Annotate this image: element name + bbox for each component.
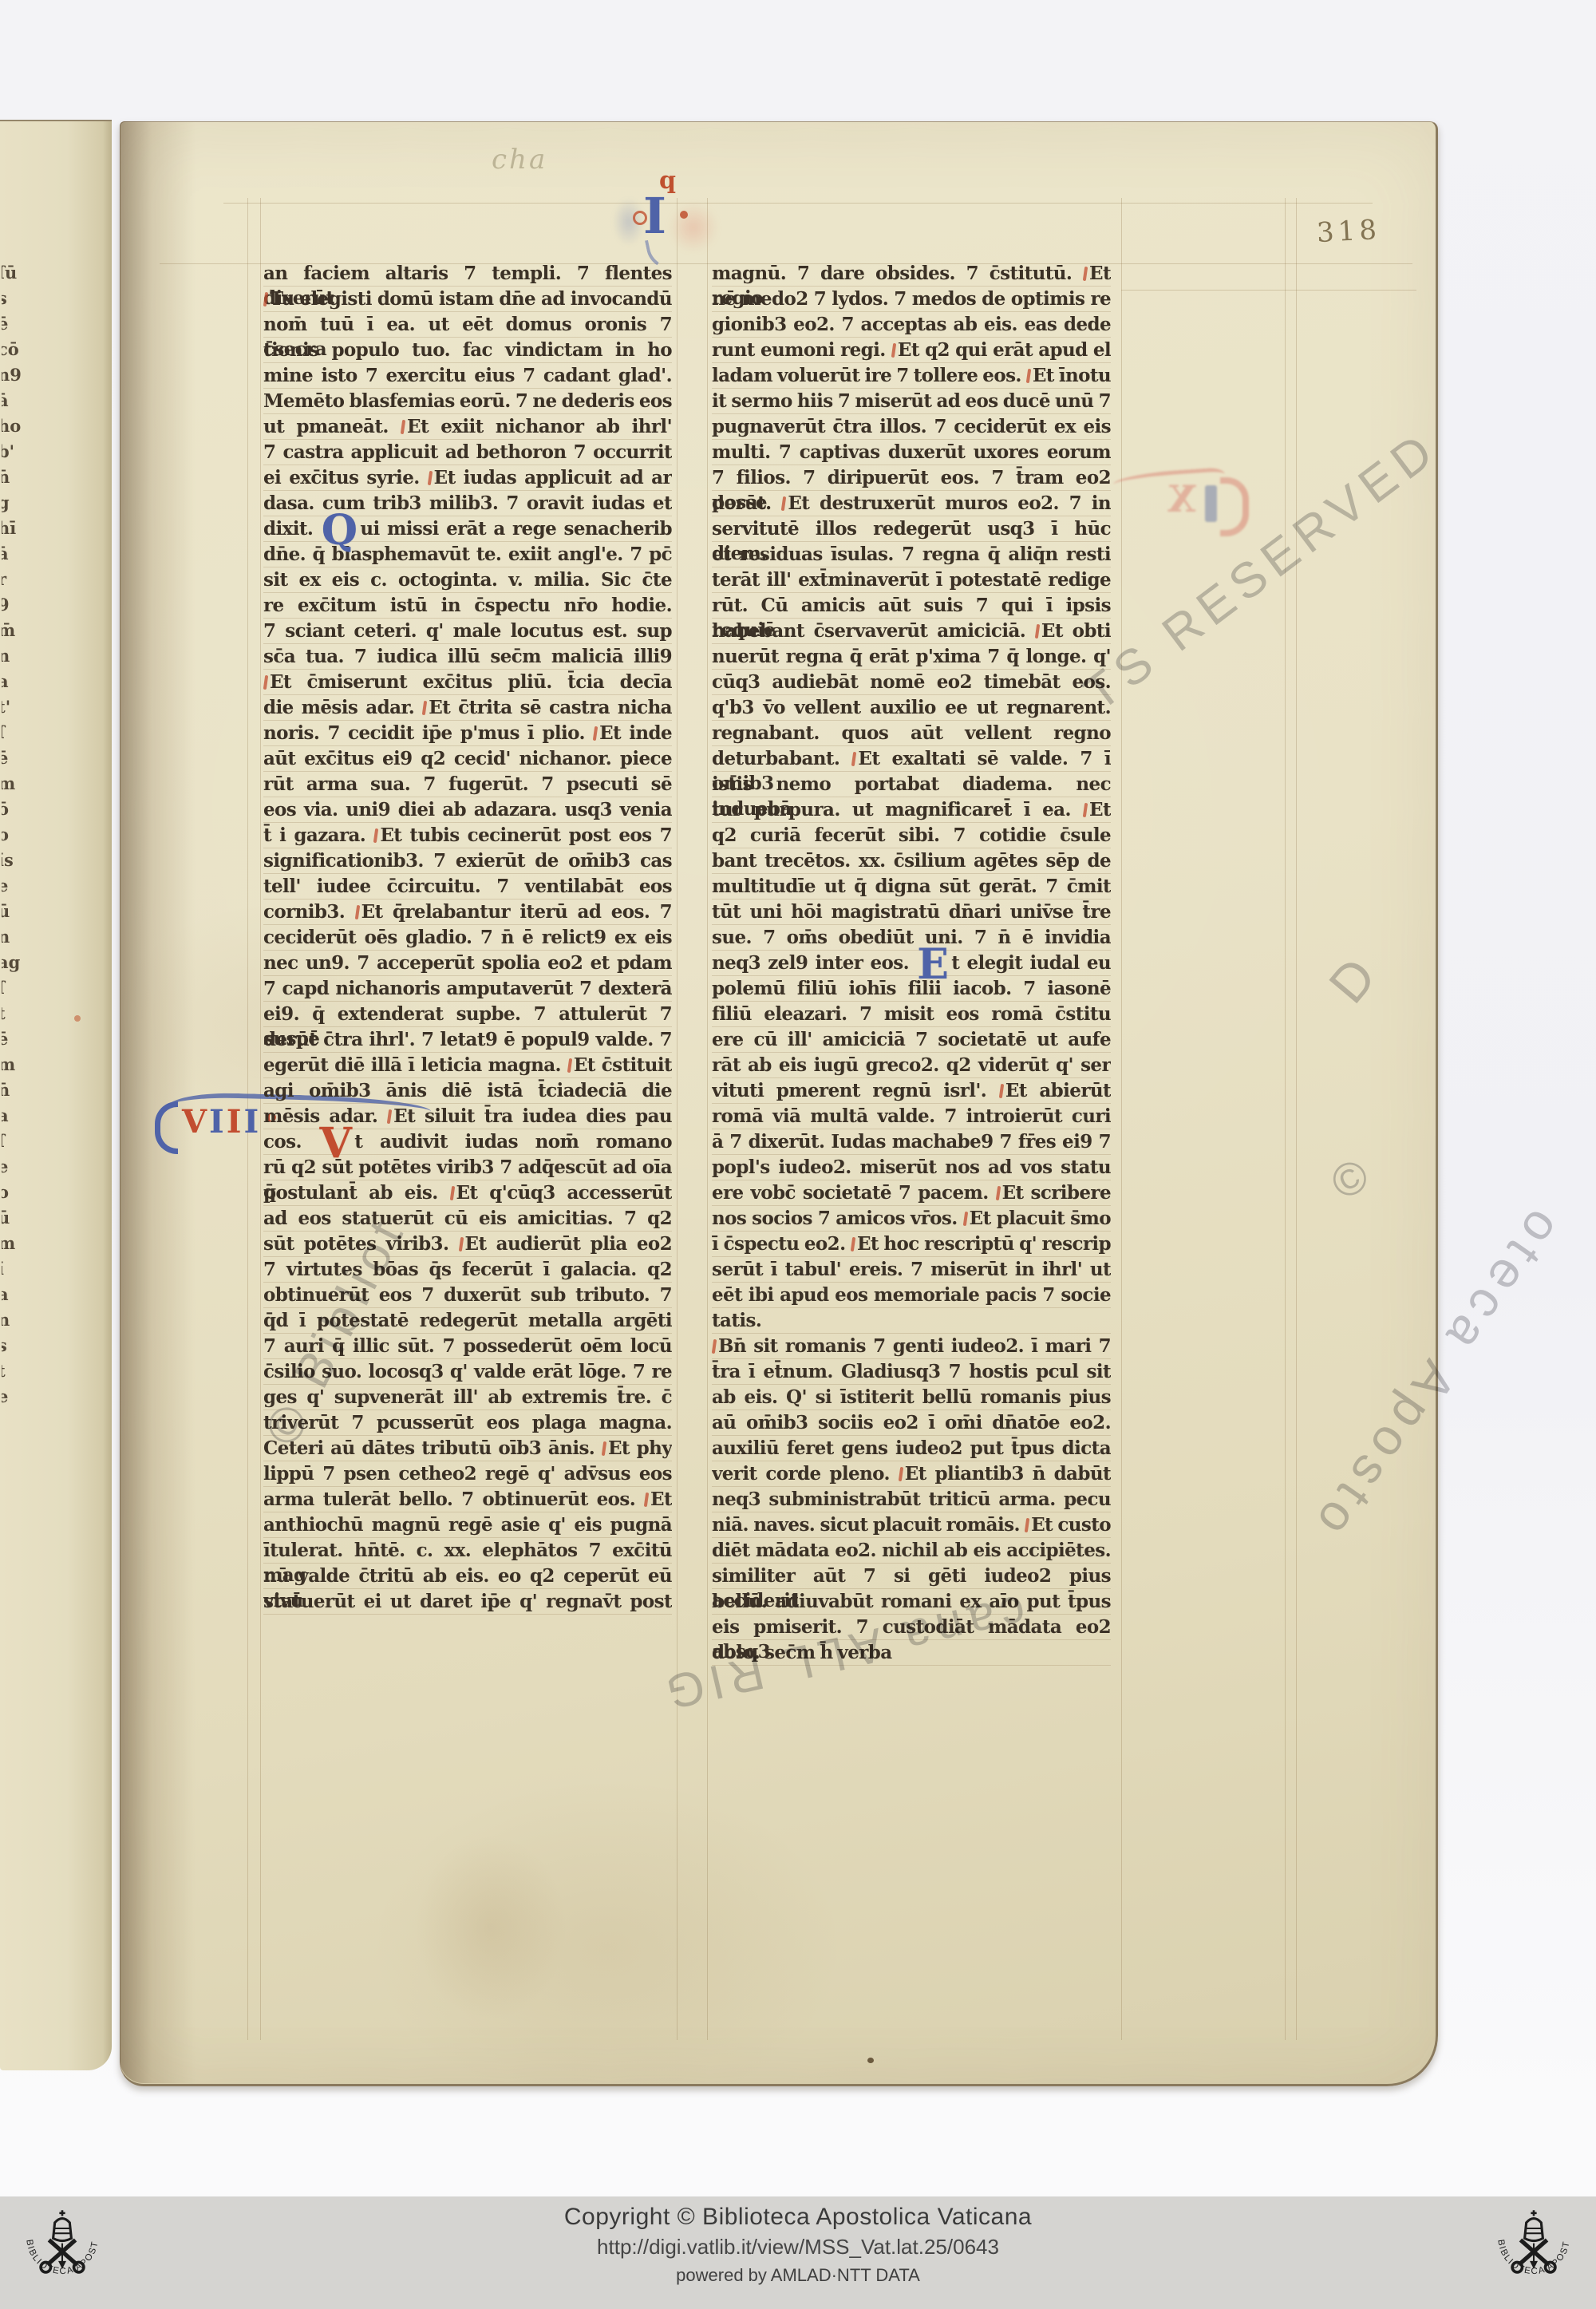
parchment-stain [74,1015,81,1022]
rubric-mark-icon [1083,803,1088,817]
facing-page-text-fragment: r [2,567,22,593]
manuscript-text-line: dixit. Qui missi erāt a rege senacherib [263,516,672,542]
vatican-library-seal: BIBLIOTECA APOSTOLICA VATICANA [16,2204,109,2299]
manuscript-text-line: obtinuerūt eos 7 duxerūt sub tributo. 7 [263,1283,672,1308]
facing-page-text-fragment: ſū [2,261,22,287]
facing-page-text-fragment: ū [2,1206,22,1232]
text-column-right: magnū. 7 dare obsides. 7 c̄stitutū. Et r… [712,261,1111,1666]
manuscript-text-line: ītulerat. hn̄tē. c. xx. elephātos 7 exc̄… [263,1538,672,1564]
manuscript-text-line: magnū. 7 dare obsides. 7 c̄stitutū. Et r… [712,261,1111,287]
facing-page-text-fragment: e [2,1385,22,1410]
manuscript-text-line: bellū. adiuvabūt romani ex aīo put t̄pus [712,1589,1111,1615]
manuscript-text-line: Tu elegisti domū istam dn̄e ad invocandū [263,287,672,312]
manuscript-text-line: vituti pmerent regnū isrl'. Et abierūt [712,1078,1111,1104]
manuscript-text-line: ges q' supvenerāt ill' ab extremis t̄re.… [263,1385,672,1410]
facing-page-text-fragments: ſūsēcōn9āhob'n̄ghīār9m̄nat'ſēmōoīseūnagſ… [2,261,26,1410]
facing-page-text-fragment: t [2,1359,22,1385]
facing-page-text-fragment: a [2,1104,22,1129]
facing-page-text-fragment: a [2,1283,22,1308]
manuscript-text-line: auxiliū feret gens iudeo2 put t̄pus dict… [712,1436,1111,1461]
manuscript-text-line: et residuas īsulas. 7 regna q̄ aliq̄n re… [712,542,1111,567]
facing-page-text-fragment: ō [2,797,22,823]
manuscript-text-line: habebant c̄servaverūt amiciciā. Et obti [712,619,1111,644]
manuscript-text-line: filiū eleazari. 7 misit eos romā c̄stitu [712,1002,1111,1027]
facing-page-text-fragment: ho [2,414,22,440]
manuscript-text-line: q'b3 v̄o vellent auxilio ee ut regnarent… [712,695,1111,721]
manuscript-text-line: cūq3 audiebāt nomē eo2 timebāt eos. [712,670,1111,695]
running-header-mark: q [659,169,676,193]
manuscript-text-line: anthiochū magnū regē asie q' eis pugnā [263,1512,672,1538]
manuscript-text-line: nū valde c̄tritū ab eis. eo q2 ceperūt e… [263,1564,672,1589]
facing-page-text-fragment: t [2,1002,22,1027]
facing-page-text-fragment: o [2,823,22,848]
offset-letter: X [1167,480,1196,517]
rubric-mark-icon [354,905,359,919]
manuscript-text-line: tatis. [712,1308,1111,1334]
facing-page-text-fragment: n [2,925,22,951]
rubric-mark-icon [781,496,786,511]
manuscript-text-line: 7 capd nichanoris amputaverūt 7 dexterā [263,976,672,1002]
manuscript-text-line: ā 7 dixerūt. Iudas machabe9 7 fr̄es ei9 … [712,1129,1111,1155]
manuscript-text-line: dolo. sec̄m h̄ verba [712,1640,1111,1666]
rubric-mark-icon [373,828,378,843]
rubric-mark-icon [1026,369,1031,383]
facing-page-text-fragment: n [2,644,22,670]
manuscript-text-line: gionib3 eo2. 7 acceptas ab eis. eas dede [712,312,1111,338]
facing-page-text-fragment: cō [2,338,22,363]
manuscript-text-line: cos. Vt audivit iudas nom̄ romano [263,1129,672,1155]
decorated-initial: E [917,957,948,973]
facing-page-text-fragment: hī [2,516,22,542]
manuscript-text-line: significationib3. 7 exierūt de om̄ib3 ca… [263,848,672,874]
manuscript-text-line: 7 virtutes bōas q̄s fecerūt ī galacia. q… [263,1257,672,1283]
rubric-mark-icon [449,1186,454,1200]
manuscript-text-line: 7 auri q̄ illic sūt. 7 possederūt oēm lo… [263,1334,672,1359]
manuscript-text-line: an faciem altaris 7 templi. 7 flentes di… [263,261,672,287]
manuscript-text-line: neq3 zel9 inter eos. Et elegit iudal eu [712,951,1111,976]
rubric-mark-icon [712,1339,717,1354]
footer-url: http://digi.vatlib.it/view/MSS_Vat.lat.2… [0,2235,1596,2260]
running-header-dot [680,211,688,219]
manuscript-text-line: 7 castra applicuit ad bethoron 7 occurri… [263,440,672,465]
offset-bracket [1220,477,1249,536]
manuscript-text-line: Memēto blasfemias eorū. 7 ne dederis eos [263,389,672,414]
rubric-mark-icon [458,1237,463,1251]
manuscript-text-line: mine isto 7 exercitu eius 7 cadant glad'… [263,363,672,389]
manuscript-text-line: romā viā multā valde. 7 introierūt curi [712,1104,1111,1129]
manuscript-text-line: deturbabant. Et exaltati sē valde. 7 ī o… [712,746,1111,772]
manuscript-text-line: cornib3. Et q̄relabantur iterū ad eos. 7 [263,899,672,925]
decorated-initial: Q [322,523,358,539]
manuscript-text-line: tell' iudee c̄circuitu. 7 ventilabāt eos [263,874,672,899]
manuscript-text-line: similiter aūt 7 si gēti iudeo2 pius acci… [712,1564,1111,1589]
rubric-mark-icon [898,1467,903,1481]
facing-page-text-fragment: m̄ [2,619,22,644]
rubric-mark-icon [995,1186,1000,1200]
manuscript-text-line: terāt ill' ext̄minaverūt ī potestatē red… [712,567,1111,593]
facing-page-text-fragment: s [2,287,22,312]
manuscript-text-line: neq3 subministrabūt triticū arma. pecu [712,1487,1111,1512]
manuscript-text-line: c̄silio suo. locosq3 q' valde erāt lōge.… [263,1359,672,1385]
manuscript-text-line: derūt. Et destruxerūt muros eo2. 7 in [712,491,1111,516]
manuscript-text-line: nec un9. 7 acceperūt spolia eo2 et pdam [263,951,672,976]
facing-page-text-fragment: 9 [2,593,22,619]
facing-page-text-fragment: e [2,874,22,899]
rubric-mark-icon [263,675,268,690]
manuscript-text-line: Bn̄ sit romanis 7 genti iudeo2. ī mari 7 [712,1334,1111,1359]
manuscript-text-line: egerūt diē illā ī leticia magna. Et c̄st… [263,1053,672,1078]
facing-page-text-fragment: t' [2,695,22,721]
rubric-mark-icon [422,701,427,715]
manuscript-text-line: derūt c̄tra ihrl'. 7 letat9 ē popul9 val… [263,1027,672,1053]
manuscript-text-line: ceciderūt oēs gladio. 7 n̄ ē relict9 ex … [263,925,672,951]
manuscript-text-line: verit corde pleno. Et pliantib3 n̄ dabūt [712,1461,1111,1487]
rubric-mark-icon [851,1237,855,1251]
chapter-offset-stain: I X [1112,468,1254,548]
rubric-mark-icon [427,471,432,485]
facing-page-text-fragment: ē [2,312,22,338]
manuscript-text-line: multi. 7 captivas duxerūt uxores eorum [712,440,1111,465]
manuscript-text-line: runt eumoni regi. Et q2 qui erāt apud el [712,338,1111,363]
facing-page-text-fragment: ſ [2,721,22,746]
manuscript-text-line: niā. naves. sicut placuit romāis. Et cus… [712,1512,1111,1538]
manuscript-text-line: Ceteri aū dātes tributū oīb3 ānis. Et ph… [263,1436,672,1461]
facing-page-text-fragment: s [2,1334,22,1359]
facing-page-text-fragment: ā [2,389,22,414]
rubric-mark-icon [1025,1518,1029,1532]
manuscript-text-line: q̄d ī potestatē redegerūt metalla argēti [263,1308,672,1334]
decorated-initial: V [320,1136,352,1152]
manuscript-text-line: re exc̄itum istū in c̄spectu nr̄o hodie. [263,593,672,619]
manuscript-text-line: ī c̄spectu eo2. Et hoc rescriptū q' resc… [712,1232,1111,1257]
rubric-mark-icon [1083,267,1088,281]
facing-page-text-fragment: m [2,1232,22,1257]
manuscript-text-line: ere cū ill' amiciciā 7 societatē ut aufe [712,1027,1111,1053]
manuscript-text-line: rūt. Cū amicis aūt suis 7 qui ī ipsis re… [712,593,1111,619]
facing-page-text-fragment: n [2,1308,22,1334]
manuscript-text-line: 7 sciant ceteri. q' male locutus est. su… [263,619,672,644]
manuscript-text-line: postulant̄ ab eis. Et q'cūq3 accesserūt [263,1180,672,1206]
running-header-dot [633,211,647,225]
manuscript-text-line: ere vobc̄ societatē 7 pacem. Et scribere [712,1180,1111,1206]
manuscript-text-line: polemū filiū iohīs filii iacob. 7 iasonē [712,976,1111,1002]
manuscript-text-line: noris. 7 cecidit ip̄e p'mus ī plio. Et i… [263,721,672,746]
manuscript-text-line: ab eis. Q' si īstiterit bellū romanis pi… [712,1385,1111,1410]
rubric-mark-icon [602,1441,606,1456]
manuscript-text-line: eēt ibi apud eos memoriale pacis 7 socie [712,1283,1111,1308]
manuscript-text-line: Et c̄miserunt exc̄itus pliū. t̄cia decīa [263,670,672,695]
manuscript-text-line: eis pmiserit. 7 custodiāt mādata eo2 abs… [712,1615,1111,1640]
manuscript-text-line: rāt ab eis iugū greco2. q2 viderūt q' se… [712,1053,1111,1078]
rubric-mark-icon [263,292,268,306]
manuscript-text-line: ut pmaneāt. Et exiit nichanor ab ihrl' [263,414,672,440]
rubric-mark-icon [1035,624,1040,639]
facing-page-text-fragment: b' [2,440,22,465]
rubric-mark-icon [962,1212,967,1226]
rubric-mark-icon [891,343,896,358]
manuscript-text-line: bant trecētos. xx. c̄silium agētes sēp d… [712,848,1111,874]
running-header-flourish [669,203,718,252]
manuscript-text-line: ad eos statuerūt cū eis amicitias. 7 q2 [263,1206,672,1232]
manuscript-text-line: agi om̄ib3 ānis diē istā t̄ciadeciā die [263,1078,672,1104]
facing-page-text-fragment: e [2,1155,22,1180]
parchment-stain [415,1836,567,2019]
facing-page-text-fragment: n̄ [2,1078,22,1104]
manuscript-text-line: rūt arma sua. 7 fugerūt. 7 psecuti sē [263,772,672,797]
manuscript-text-line: servitutē illos redegerūt usq3 ī hūc die… [712,516,1111,542]
quire-inscription: cha [492,144,547,176]
facing-page-text-fragment: a [2,670,22,695]
footer-copyright: Copyright © Biblioteca Apostolica Vatica… [0,2196,1596,2231]
facing-page-text-fragment: ā [2,542,22,567]
manuscript-text-line: arma tulerāt bello. 7 obtinuerūt eos. Et [263,1487,672,1512]
footer-powered-by: powered by AMLAD·NTT DATA [0,2265,1596,2286]
manuscript-text-line: sit ex eis c. octoginta. v. milia. Sic c… [263,567,672,593]
vatican-library-seal: BIBLIOTECA APOSTOLICA VATICANA [1487,2204,1580,2299]
manuscript-text-line: ladam voluerūt ire 7 tollere eos. Et īno… [712,363,1111,389]
manuscript-text-line: lippū 7 psen cetheo2 regē q' adv̄sus eos [263,1461,672,1487]
facing-page-text-fragment: ſ [2,976,22,1002]
rubric-mark-icon [851,752,856,766]
facing-page-text-fragment: o [2,1180,22,1206]
manuscript-text-line: popl's iudeo2. miserūt nos ad vos statu [712,1155,1111,1180]
text-column-left: an faciem altaris 7 templi. 7 flentes di… [263,261,672,1615]
rubric-mark-icon [387,1109,392,1124]
facing-page-text-fragment: n̄ [2,465,22,491]
manuscript-text-line: tur purpura. ut magnificaret̄ ī ea. Et [712,797,1111,823]
manuscript-text-line: serūt ī tabul' ereis. 7 miserūt in ihrl'… [712,1257,1111,1283]
rubric-mark-icon [593,726,598,741]
manuscript-text-line: ei9. q̄ extenderat supbe. 7 attulerūt 7 … [263,1002,672,1027]
offset-letter: I [1205,485,1217,522]
manuscript-text-line: multitudīe ut q̄ digna sūt gerāt. 7 c̄mi… [712,874,1111,899]
manuscript-text-line: statuerūt ei ut daret ip̄e q' regnav̄t p… [263,1589,672,1615]
facing-page-text-fragment: ī [2,1257,22,1283]
manuscript-text-line: aūt exc̄itus ei9 q2 cecid' nichanor. pie… [263,746,672,772]
facing-page-text-fragment: ē [2,746,22,772]
manuscript-text-line: sc̄a tua. 7 iudica illū sec̄m maliciā il… [263,644,672,670]
manuscript-text-line: diēt mādata eo2. nichil ab eis accipiēte… [712,1538,1111,1564]
manuscript-text-line: it sermo hiis 7 miserūt ad eos ducē unū … [712,389,1111,414]
manuscript-text-line: q2 curiā fecerūt sibi. 7 cotidie c̄sule [712,823,1111,848]
manuscript-text-line: sue. 7 om̄s obediūt uni. 7 n̄ ē invidia [712,925,1111,951]
facing-page-text-fragment: ſ [2,1129,22,1155]
facing-page-text-fragment: m [2,1053,22,1078]
facing-page-text-fragment: m [2,772,22,797]
manuscript-text-line: nuerūt regna q̄ erāt p'xima 7 q̄ longe. … [712,644,1111,670]
parchment-stain [867,2058,874,2063]
manuscript-text-line: t̄ra ī et̄num. Gladiusq3 7 hostis pcul s… [712,1359,1111,1385]
manuscript-text-line: triverūt 7 pcusserūt eos plaga magna. [263,1410,672,1436]
manuscript-text-line: istis nemo portabat diadema. nec induebā [712,772,1111,797]
facing-page-text-fragment: n9 [2,363,22,389]
rubric-mark-icon [999,1084,1004,1098]
facing-page-text-fragment: g [2,491,22,516]
folio-number: 318 [1316,214,1381,249]
manuscript-text-line: die mēsis adar. Et c̄trita sē castra nic… [263,695,672,721]
facing-page-text-fragment: ū [2,899,22,925]
manuscript-text-line: 7 filios. 7 diripuerūt eos. 7 t̄ram eo2 … [712,465,1111,491]
facing-page-text-fragment: īs [2,848,22,874]
digitized-manuscript-photo: ſūsēcōn9āhob'n̄ghīār9m̄nat'ſēmōoīseūnagſ… [0,0,1596,2309]
footer-bar: Copyright © Biblioteca Apostolica Vatica… [0,2196,1596,2309]
facing-page-text-fragment: ag [2,951,22,976]
rubric-mark-icon [644,1493,649,1507]
manuscript-text-line: nom̄ tuū ī ea. ut eēt domus oronis 7 c̄s… [263,312,672,338]
manuscript-text-line: eos via. uni9 diei ab adazara. usq3 veni… [263,797,672,823]
rubric-mark-icon [401,420,405,434]
manuscript-text-line: sūt potētes virib3. Et audierūt plia eo2 [263,1232,672,1257]
rubric-mark-icon [567,1058,572,1073]
manuscript-text-line: nos socios 7 amicos vr̄os. Et placuit s̄… [712,1206,1111,1232]
manuscript-text-line: pugnaverūt c̄tra illos. 7 ceciderūt ex e… [712,414,1111,440]
manuscript-text-line: ei exc̄itus syrie. Et iudas applicuit ad… [263,465,672,491]
manuscript-text-line: tūt uni hōi magistratū dn̄ari univ̄se t̄… [712,899,1111,925]
manuscript-text-line: regnabant. quos aūt vellent regno [712,721,1111,746]
manuscript-text-line: t̄ i gazara. Et tubis cecinerūt post eos… [263,823,672,848]
manuscript-text-line: tionis populo tuo. fac vindictam in ho [263,338,672,363]
manuscript-text-line: aū om̄ib3 sociis eo2 ī om̄i dn̄atōe eo2. [712,1410,1111,1436]
facing-page-text-fragment: ē [2,1027,22,1053]
manuscript-text-line: nē medo2 7 lydos. 7 medos de optimis re [712,287,1111,312]
